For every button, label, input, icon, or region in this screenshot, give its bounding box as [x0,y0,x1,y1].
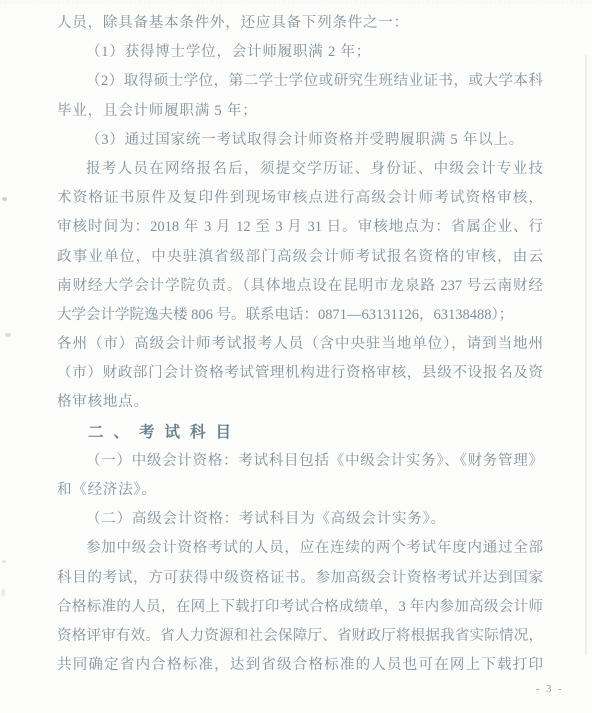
text-line: 审核时间为：2018 年 3 月 12 至 3 月 31 日。审核地点为：省属企… [57,213,543,242]
text-line: 各州（市）高级会计师考试报考人员（含中央驻当地单位），请到当地州 [57,330,543,359]
text-line: （市）财政部门会计资格考试管理机构进行资格审核，县级不设报名及资 [57,359,543,388]
text-line: 术资格证书原件及复印件到现场审核点进行高级会计师考试资格审核， [57,184,543,213]
text-line: 毕业，且会计师履职满 5 年； [57,97,543,126]
document-page: 人员，除具备基本条件外，还应具备下列条件之一： （1）获得博士学位，会计师履职满… [0,0,592,713]
text-line: 参加中级会计资格考试的人员，应在连续的两个考试年度内通过全部 [57,534,543,563]
text-line: （1）获得博士学位，会计师履职满 2 年； [57,38,543,67]
text-line: 政事业单位，中央驻滇省级部门高级会计师考试报名资格的审核，由云 [57,243,543,272]
page-number: - 3 - [536,683,564,697]
text-line: 南财经大学会计学院负责。（具体地点设在昆明市龙泉路 237 号云南财经 [57,272,543,301]
text-line: （一）中级会计资格：考试科目包括《中级会计实务》、《财务管理》 [57,447,543,476]
section-heading: 二、考试科目 [57,418,543,447]
text-line: 共同确定省内合格标准，达到省级合格标准的人员也可在网上下载打印 [57,651,543,680]
text-line: 大学会计学院逸夫楼 806 号。联系电话：0871—63131126，63138… [57,301,543,330]
text-line: （2）取得硕士学位，第二学士学位或研究生班结业证书，或大学本科 [57,67,543,96]
text-line: 报考人员在网络报名后，须提交学历证、身份证、中级会计专业技 [57,155,543,184]
text-line: 科目的考试，方可获得中级资格证书。参加高级会计资格考试并达到国家 [57,564,543,593]
text-line: 和《经济法》。 [57,476,543,505]
text-line: 人员，除具备基本条件外，还应具备下列条件之一： [57,9,543,38]
document-body: 人员，除具备基本条件外，还应具备下列条件之一： （1）获得博士学位，会计师履职满… [57,9,543,680]
scan-noise-top [0,0,592,4]
scan-speck [1,588,5,597]
scan-speck [2,197,7,201]
scan-speck [2,560,6,563]
scan-speck [5,333,11,337]
text-line: 格审核地点。 [57,388,543,417]
text-line: （二）高级会计资格：考试科目为《高级会计实务》。 [57,505,543,534]
text-line: 资格评审有效。省人力资源和社会保障厅、省财政厅将根据我省实际情况， [57,622,543,651]
scan-streak-right [585,55,587,655]
text-line: 合格标准的人员，在网上下载打印考试合格成绩单，3 年内参加高级会计师 [57,593,543,622]
text-line: （3）通过国家统一考试取得会计师资格并受聘履职满 5 年以上。 [57,126,543,155]
